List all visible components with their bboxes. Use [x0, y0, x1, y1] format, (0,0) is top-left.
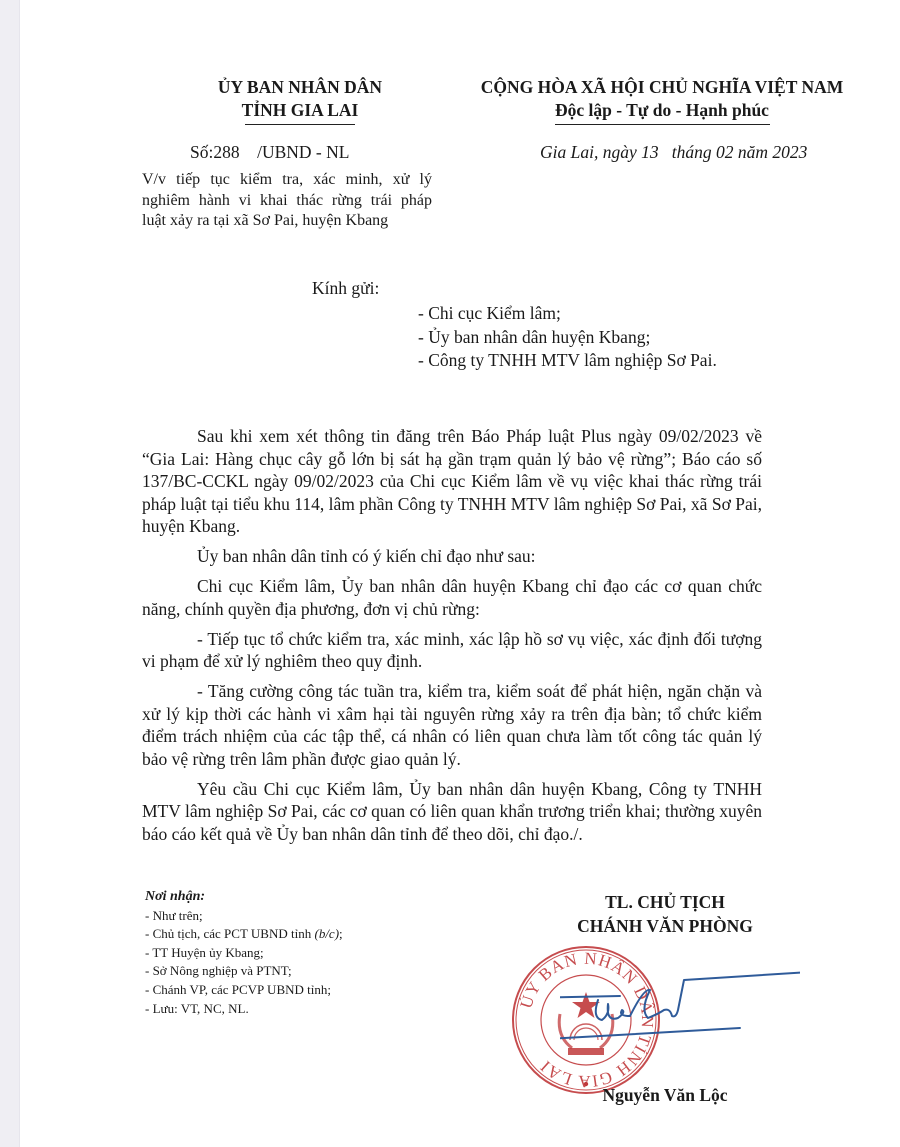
body-paragraph: - Tăng cường công tác tuần tra, kiểm tra…	[142, 680, 762, 770]
distribution-item-text: - Chủ tịch, các PCT UBND tỉnh	[145, 926, 314, 941]
distribution-item: - Chánh VP, các PCVP UBND tỉnh;	[145, 981, 343, 1000]
signature-title: TL. CHỦ TỊCH CHÁNH VĂN PHÒNG	[540, 890, 790, 938]
distribution-item: - Lưu: VT, NC, NL.	[145, 1000, 343, 1019]
issuing-organization: ỦY BAN NHÂN DÂN TỈNH GIA LAI	[150, 76, 450, 125]
body-paragraph: Sau khi xem xét thông tin đăng trên Báo …	[142, 425, 762, 538]
document-body: Sau khi xem xét thông tin đăng trên Báo …	[142, 425, 762, 853]
distribution-item: - Như trên;	[145, 907, 343, 926]
handwritten-signature-icon	[560, 970, 800, 1060]
nation-name: CỘNG HÒA XÃ HỘI CHỦ NGHĨA VIỆT NAM	[462, 76, 862, 99]
recipient-item: - Công ty TNHH MTV lâm nghiệp Sơ Pai.	[418, 349, 717, 373]
subject-line: luật xảy ra tại xã Sơ Pai, huyện Kbang	[142, 211, 432, 232]
distribution-item: - Chủ tịch, các PCT UBND tỉnh (b/c);	[145, 925, 343, 944]
recipients-label: Kính gửi:	[312, 278, 379, 299]
org-name-line1: ỦY BAN NHÂN DÂN	[150, 76, 450, 99]
distribution-item: - TT Huyện ủy Kbang;	[145, 944, 343, 963]
subject-line: V/v tiếp tục kiểm tra, xác minh, xử lý	[142, 170, 432, 191]
distribution-list: Nơi nhận: - Như trên; - Chủ tịch, các PC…	[145, 888, 343, 1018]
body-paragraph: Yêu cầu Chi cục Kiểm lâm, Ủy ban nhân dâ…	[142, 778, 762, 846]
recipient-item: - Chi cục Kiểm lâm;	[418, 302, 717, 326]
distribution-item-note: (b/c)	[314, 926, 339, 941]
subject-line: nghiêm hành vi khai thác rừng trái pháp	[142, 191, 432, 212]
signer-name: Nguyễn Văn Lộc	[540, 1085, 790, 1106]
distribution-item-tail: ;	[339, 926, 343, 941]
document-subject: V/v tiếp tục kiểm tra, xác minh, xử lý n…	[142, 170, 432, 232]
body-paragraph: Ủy ban nhân dân tỉnh có ý kiến chỉ đạo n…	[142, 545, 762, 568]
nation-motto: Độc lập - Tự do - Hạnh phúc	[462, 99, 862, 122]
viewer-side-strip	[0, 0, 20, 1147]
place-and-date: Gia Lai, ngày 13 tháng 02 năm 2023	[540, 142, 807, 163]
body-paragraph: Chi cục Kiểm lâm, Ủy ban nhân dân huyện …	[142, 575, 762, 620]
org-name-line2: TỈNH GIA LAI	[150, 99, 450, 122]
distribution-item: - Sở Nông nghiệp và PTNT;	[145, 962, 343, 981]
distribution-title: Nơi nhận:	[145, 888, 343, 907]
motto-underline	[555, 124, 770, 125]
signature-title-line2: CHÁNH VĂN PHÒNG	[540, 914, 790, 938]
signature-title-line1: TL. CHỦ TỊCH	[540, 890, 790, 914]
national-motto: CỘNG HÒA XÃ HỘI CHỦ NGHĨA VIỆT NAM Độc l…	[462, 76, 862, 125]
org-underline	[245, 124, 355, 125]
document-number: Số:288 /UBND - NL	[190, 142, 349, 163]
body-paragraph: - Tiếp tục tổ chức kiểm tra, xác minh, x…	[142, 628, 762, 673]
recipient-item: - Ủy ban nhân dân huyện Kbang;	[418, 326, 717, 350]
recipients-list: - Chi cục Kiểm lâm; - Ủy ban nhân dân hu…	[418, 302, 717, 373]
